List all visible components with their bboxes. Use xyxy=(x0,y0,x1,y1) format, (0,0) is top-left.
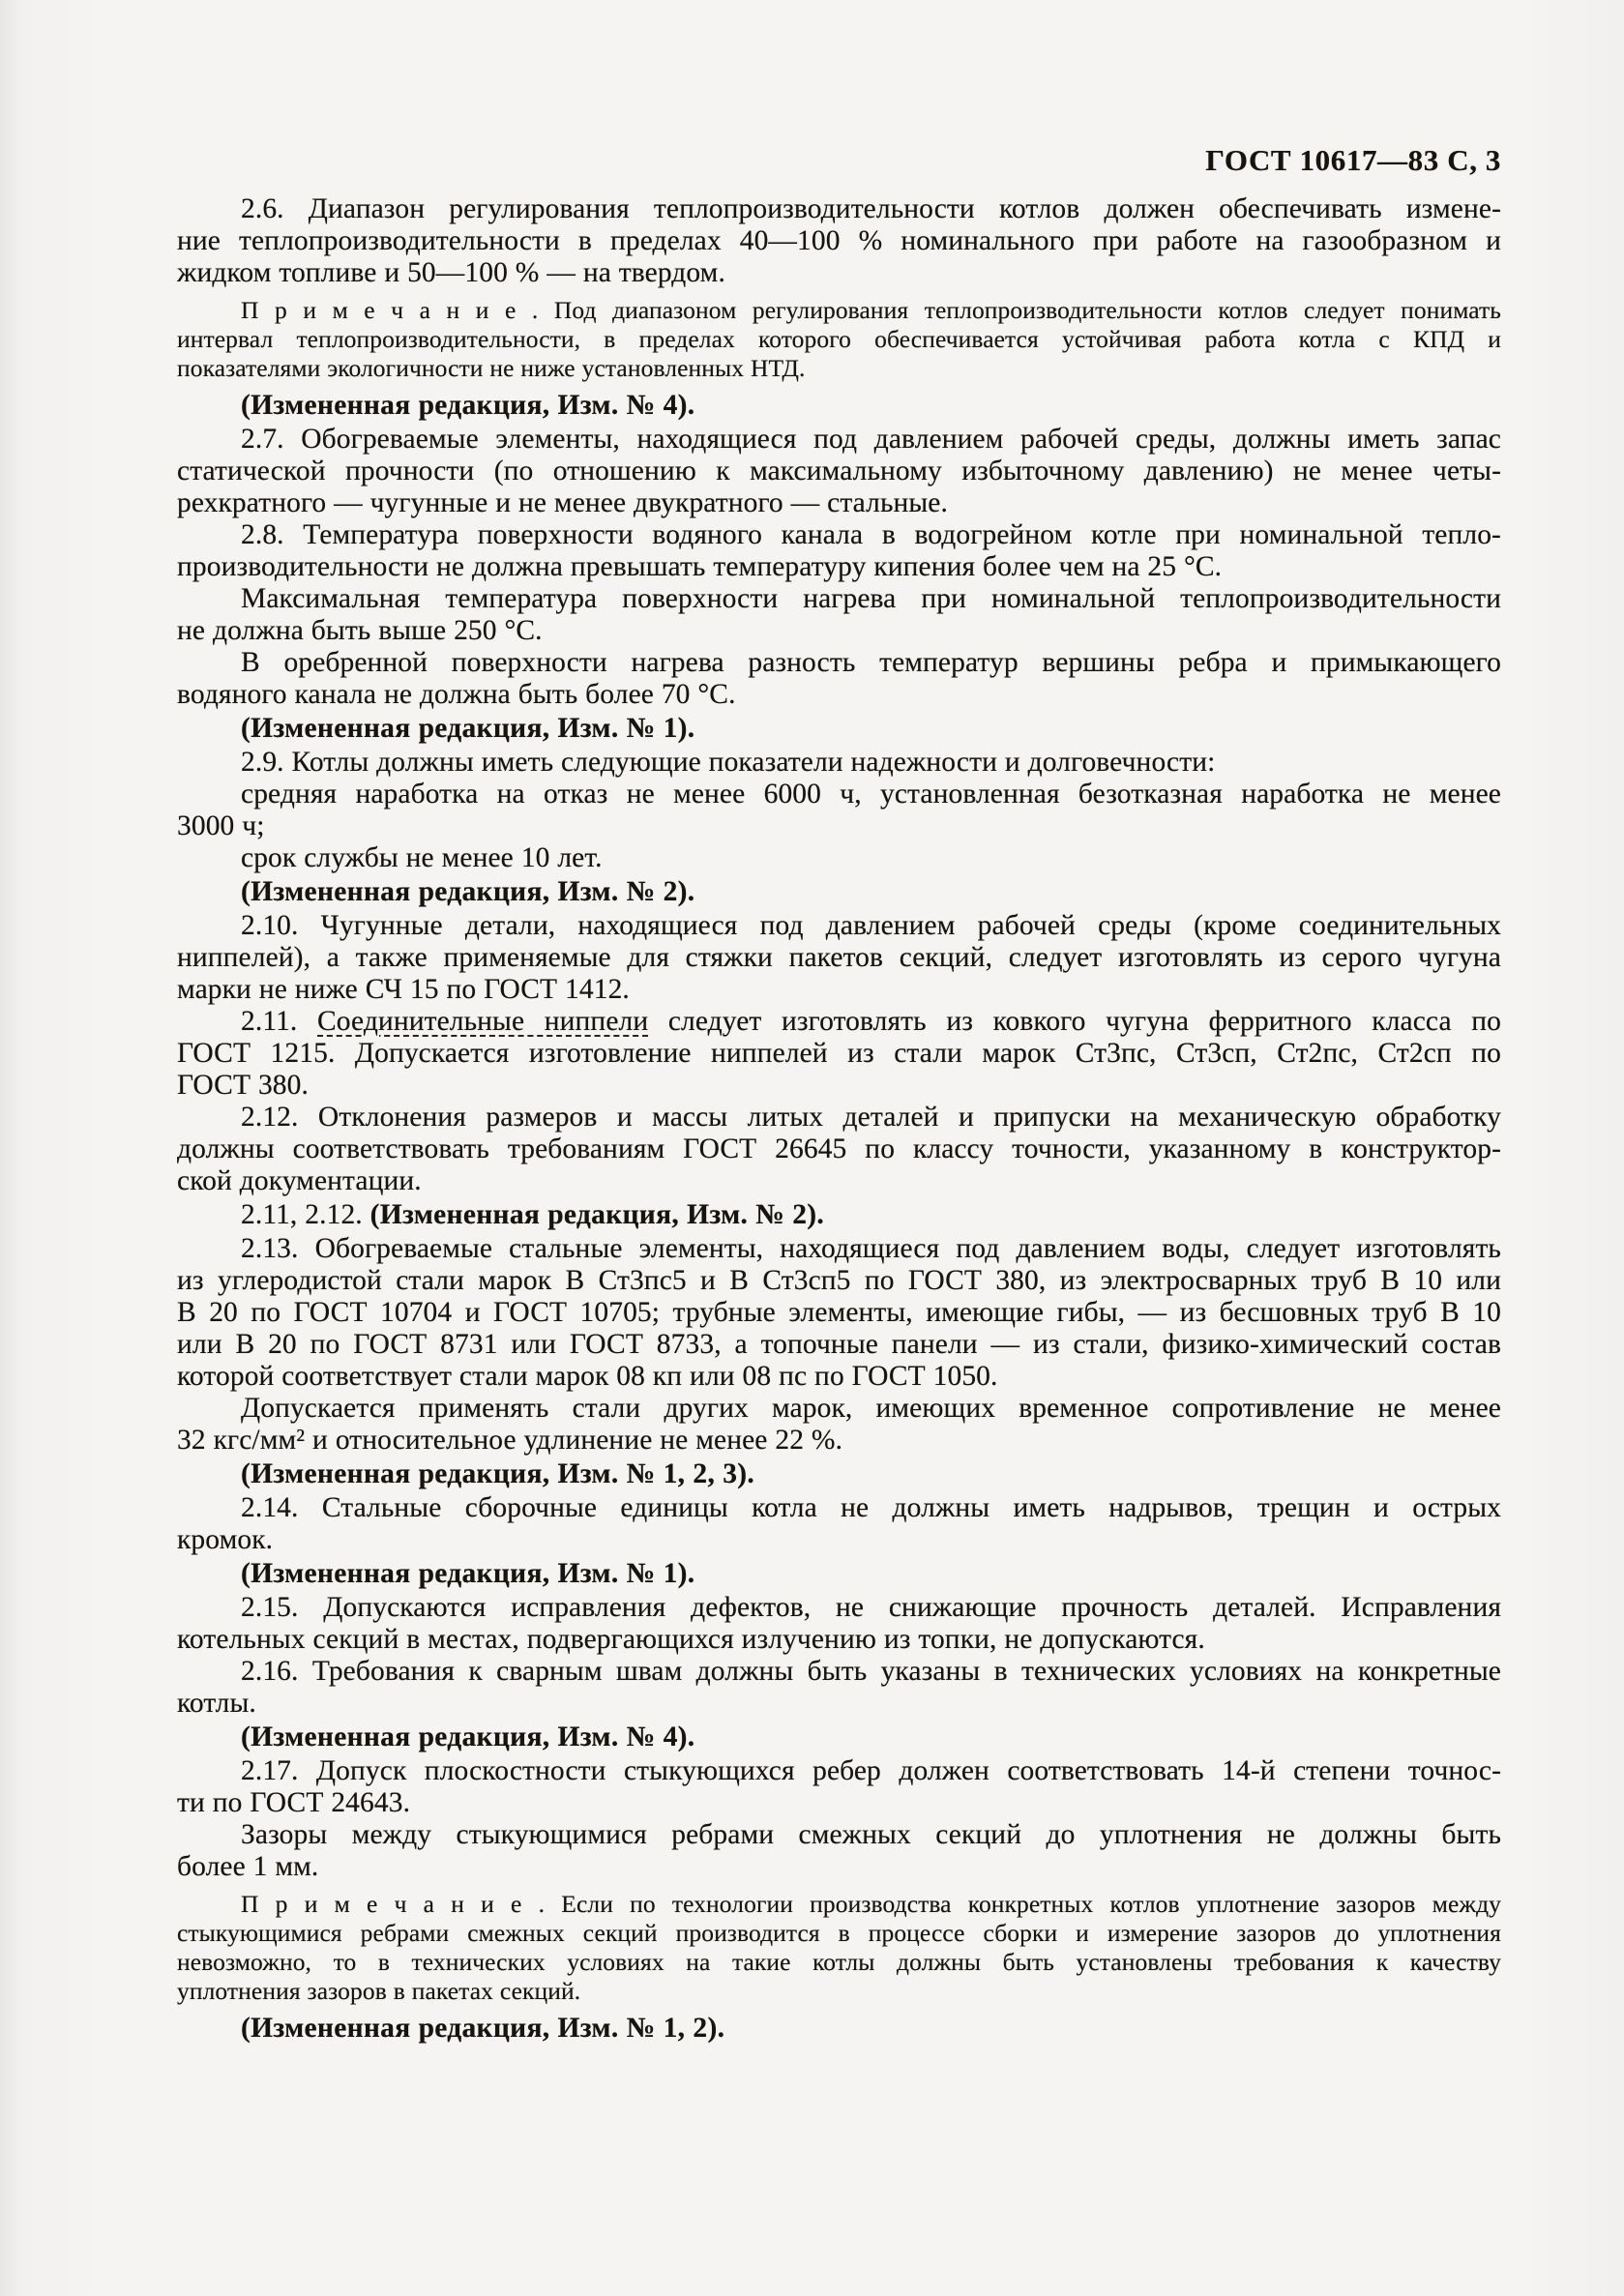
text-line: ской документации. xyxy=(177,1165,1501,1197)
text-line: водяного канала не должна быть более 70 … xyxy=(177,679,1501,711)
bold-text: (Измененная редакция, Изм. № 4). xyxy=(241,1722,694,1752)
pencil-underlined-text: Соединительные ниппели xyxy=(317,1006,648,1037)
text-line: кромок. xyxy=(177,1524,1501,1556)
text-line: жидком топливе и 50—100 % — на твердом. xyxy=(177,257,1501,289)
text-line: статической прочности (по отношению к ма… xyxy=(177,456,1501,487)
text-line: или В 20 по ГОСТ 8731 или ГОСТ 8733, а т… xyxy=(177,1329,1501,1361)
bold-text: (Измененная редакция, Изм. № 1, 2). xyxy=(241,2013,724,2044)
text-line: показателями экологичности не ниже устан… xyxy=(177,354,1501,383)
text-line: 2.11, 2.12. (Измененная редакция, Изм. №… xyxy=(177,1199,1501,1231)
amendment-note: (Измененная редакция, Изм. № 1, 2). xyxy=(177,2013,1501,2045)
document-body: 2.6. Диапазон регулирования теплопроизво… xyxy=(177,193,1501,2045)
text-line: которой соответствует стали марок 08 кп … xyxy=(177,1361,1501,1393)
text-line: должны соответствовать требованиям ГОСТ … xyxy=(177,1133,1501,1165)
text-line: стыкующимися ребрами смежных секций прои… xyxy=(177,1919,1501,1948)
amendment-note: (Измененная редакция, Изм. № 4). xyxy=(177,390,1501,422)
bold-text: (Измененная редакция, Изм. № 1). xyxy=(241,713,694,744)
paragraph: Допускается применять стали других марок… xyxy=(177,1393,1501,1457)
text-line: П р и м е ч а н и е . Под диапазоном рег… xyxy=(177,296,1501,325)
text-line: рехкратного — чугунные и не менее двукра… xyxy=(177,487,1501,519)
text-line: 3000 ч; xyxy=(177,810,1501,842)
text-line: (Измененная редакция, Изм. № 1). xyxy=(177,1558,1501,1590)
text-line: невозможно, то в технических условиях на… xyxy=(177,1948,1501,1977)
text-line: срок службы не менее 10 лет. xyxy=(177,842,1501,874)
bold-text: (Измененная редакция, Изм. № 1, 2, 3). xyxy=(241,1458,754,1489)
paragraph: 2.15. Допускаются исправления дефектов, … xyxy=(177,1592,1501,1656)
text-line: Максимальная температура поверхности наг… xyxy=(177,583,1501,615)
bold-text: (Измененная редакция, Изм. № 1). xyxy=(241,1558,694,1589)
page-header-designation: ГОСТ 10617—83 С, 3 xyxy=(177,0,1501,178)
text-line: (Измененная редакция, Изм. № 1, 2, 3). xyxy=(177,1458,1501,1490)
paragraph: 2.9. Котлы должны иметь следующие показа… xyxy=(177,747,1501,779)
text-line: производительности не должна превышать т… xyxy=(177,551,1501,583)
scanned-document-page: ГОСТ 10617—83 С, 3 2.6. Диапазон регулир… xyxy=(0,0,1624,2296)
text-line: 2.9. Котлы должны иметь следующие показа… xyxy=(177,747,1501,779)
text-line: котельных секций в местах, подвергающихс… xyxy=(177,1624,1501,1656)
paragraph: 2.17. Допуск плоскостности стыкующихся р… xyxy=(177,1755,1501,1819)
paragraph: срок службы не менее 10 лет. xyxy=(177,842,1501,874)
paragraph: 2.16. Требования к сварным швам должны б… xyxy=(177,1656,1501,1720)
amendment-note: (Измененная редакция, Изм. № 4). xyxy=(177,1722,1501,1753)
text-line: 2.7. Обогреваемые элементы, находящиеся … xyxy=(177,424,1501,456)
text-line: 2.14. Стальные сборочные единицы котла н… xyxy=(177,1492,1501,1524)
text-line: ниппелей), а также применяемые для стяжк… xyxy=(177,942,1501,974)
text-line: ГОСТ 1215. Допускается изготовление нипп… xyxy=(177,1038,1501,1070)
text-line: Зазоры между стыкующимися ребрами смежны… xyxy=(177,1819,1501,1851)
text-line: 2.10. Чугунные детали, находящиеся под д… xyxy=(177,910,1501,942)
text-line: 32 кгс/мм² и относительное удлинение не … xyxy=(177,1425,1501,1457)
text-line: ти по ГОСТ 24643. xyxy=(177,1787,1501,1819)
text-line: марки не ниже СЧ 15 по ГОСТ 1412. xyxy=(177,974,1501,1006)
amendment-note: (Измененная редакция, Изм. № 2). xyxy=(177,876,1501,908)
paragraph: Зазоры между стыкующимися ребрами смежны… xyxy=(177,1819,1501,1883)
text-line: (Измененная редакция, Изм. № 4). xyxy=(177,390,1501,422)
bold-text: (Измененная редакция, Изм. № 2). xyxy=(241,876,694,907)
note-paragraph: П р и м е ч а н и е . Если по технологии… xyxy=(177,1890,1501,2006)
text-line: 2.12. Отклонения размеров и массы литых … xyxy=(177,1102,1501,1133)
text-line: из углеродистой стали марок В Ст3пс5 и В… xyxy=(177,1265,1501,1297)
paragraph: средняя наработка на отказ не менее 6000… xyxy=(177,779,1501,842)
text-line: (Измененная редакция, Изм. № 4). xyxy=(177,1722,1501,1753)
text-line: П р и м е ч а н и е . Если по технологии… xyxy=(177,1890,1501,1919)
text-line: 2.15. Допускаются исправления дефектов, … xyxy=(177,1592,1501,1624)
paragraph: 2.10. Чугунные детали, находящиеся под д… xyxy=(177,910,1501,1006)
amendment-note: (Измененная редакция, Изм. № 1, 2, 3). xyxy=(177,1458,1501,1490)
text-line: (Измененная редакция, Изм. № 1, 2). xyxy=(177,2013,1501,2045)
text-line: 2.11. Соединительные ниппели следует изг… xyxy=(177,1006,1501,1038)
text-line: (Измененная редакция, Изм. № 2). xyxy=(177,876,1501,908)
amendment-note: (Измененная редакция, Изм. № 1). xyxy=(177,1558,1501,1590)
paragraph: В оребренной поверхности нагрева разност… xyxy=(177,647,1501,711)
text-line: Допускается применять стали других марок… xyxy=(177,1393,1501,1425)
paragraph: 2.12. Отклонения размеров и массы литых … xyxy=(177,1102,1501,1197)
text-line: 2.8. Температура поверхности водяного ка… xyxy=(177,519,1501,551)
text-line: 2.13. Обогреваемые стальные элементы, на… xyxy=(177,1233,1501,1265)
text-line: уплотнения зазоров в пакетах секций. xyxy=(177,1977,1501,2006)
text-line: ние теплопроизводительности в пределах 4… xyxy=(177,225,1501,257)
text-line: 2.6. Диапазон регулирования теплопроизво… xyxy=(177,193,1501,225)
text-line: 2.16. Требования к сварным швам должны б… xyxy=(177,1656,1501,1688)
amendment-note: 2.11, 2.12. (Измененная редакция, Изм. №… xyxy=(177,1199,1501,1231)
paragraph: 2.13. Обогреваемые стальные элементы, на… xyxy=(177,1233,1501,1393)
text-line: В 20 по ГОСТ 10704 и ГОСТ 10705; трубные… xyxy=(177,1297,1501,1329)
text-line: средняя наработка на отказ не менее 6000… xyxy=(177,779,1501,810)
text-line: более 1 мм. xyxy=(177,1851,1501,1883)
text-line: не должна быть выше 250 °С. xyxy=(177,615,1501,647)
text-line: 2.17. Допуск плоскостности стыкующихся р… xyxy=(177,1755,1501,1787)
bold-text: (Измененная редакция, Изм. № 4). xyxy=(241,390,694,421)
note-paragraph: П р и м е ч а н и е . Под диапазоном рег… xyxy=(177,296,1501,383)
paragraph: 2.14. Стальные сборочные единицы котла н… xyxy=(177,1492,1501,1556)
paragraph: 2.11. Соединительные ниппели следует изг… xyxy=(177,1006,1501,1102)
text-line: котлы. xyxy=(177,1688,1501,1720)
paragraph: 2.6. Диапазон регулирования теплопроизво… xyxy=(177,193,1501,289)
amendment-note: (Измененная редакция, Изм. № 1). xyxy=(177,713,1501,745)
text-line: В оребренной поверхности нагрева разност… xyxy=(177,647,1501,679)
paragraph: 2.7. Обогреваемые элементы, находящиеся … xyxy=(177,424,1501,519)
text-line: (Измененная редакция, Изм. № 1). xyxy=(177,713,1501,745)
paragraph: Максимальная температура поверхности наг… xyxy=(177,583,1501,647)
text-line: ГОСТ 380. xyxy=(177,1070,1501,1102)
text-line: интервал теплопроизводительности, в пред… xyxy=(177,325,1501,354)
paragraph: 2.8. Температура поверхности водяного ка… xyxy=(177,519,1501,583)
bold-text: (Измененная редакция, Изм. № 2). xyxy=(370,1199,824,1230)
